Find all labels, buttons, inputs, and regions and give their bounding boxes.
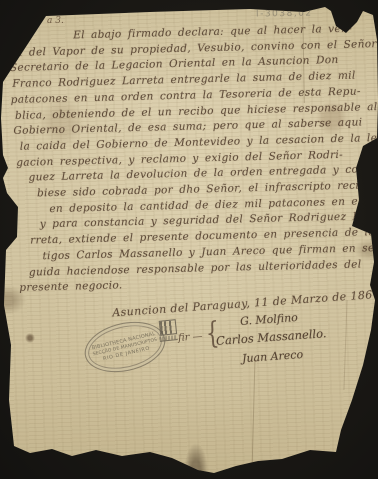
photo-background: I-3038,02 a 3. El abajo firmado declara:…	[0, 0, 378, 479]
library-small-stamp-icon	[157, 319, 180, 347]
signature-areco: Juan Areco	[242, 348, 304, 365]
signature-massanello: Carlos Massanello.	[216, 326, 327, 348]
signature-molfino: G. Molfino	[240, 311, 299, 328]
stamp-base	[159, 335, 177, 342]
paper-crease	[343, 300, 347, 390]
manuscript-paper: I-3038,02 a 3. El abajo firmado declara:…	[0, 0, 378, 479]
fir-label: fir —	[178, 331, 203, 344]
catalog-number-pencil: I-3038,02	[256, 9, 313, 20]
letter-body: El abajo firmado declara: que al hacer l…	[9, 21, 378, 297]
corner-annotation: a 3.	[47, 16, 64, 26]
paper-crease	[252, 360, 256, 470]
stamp-bars	[158, 319, 176, 336]
